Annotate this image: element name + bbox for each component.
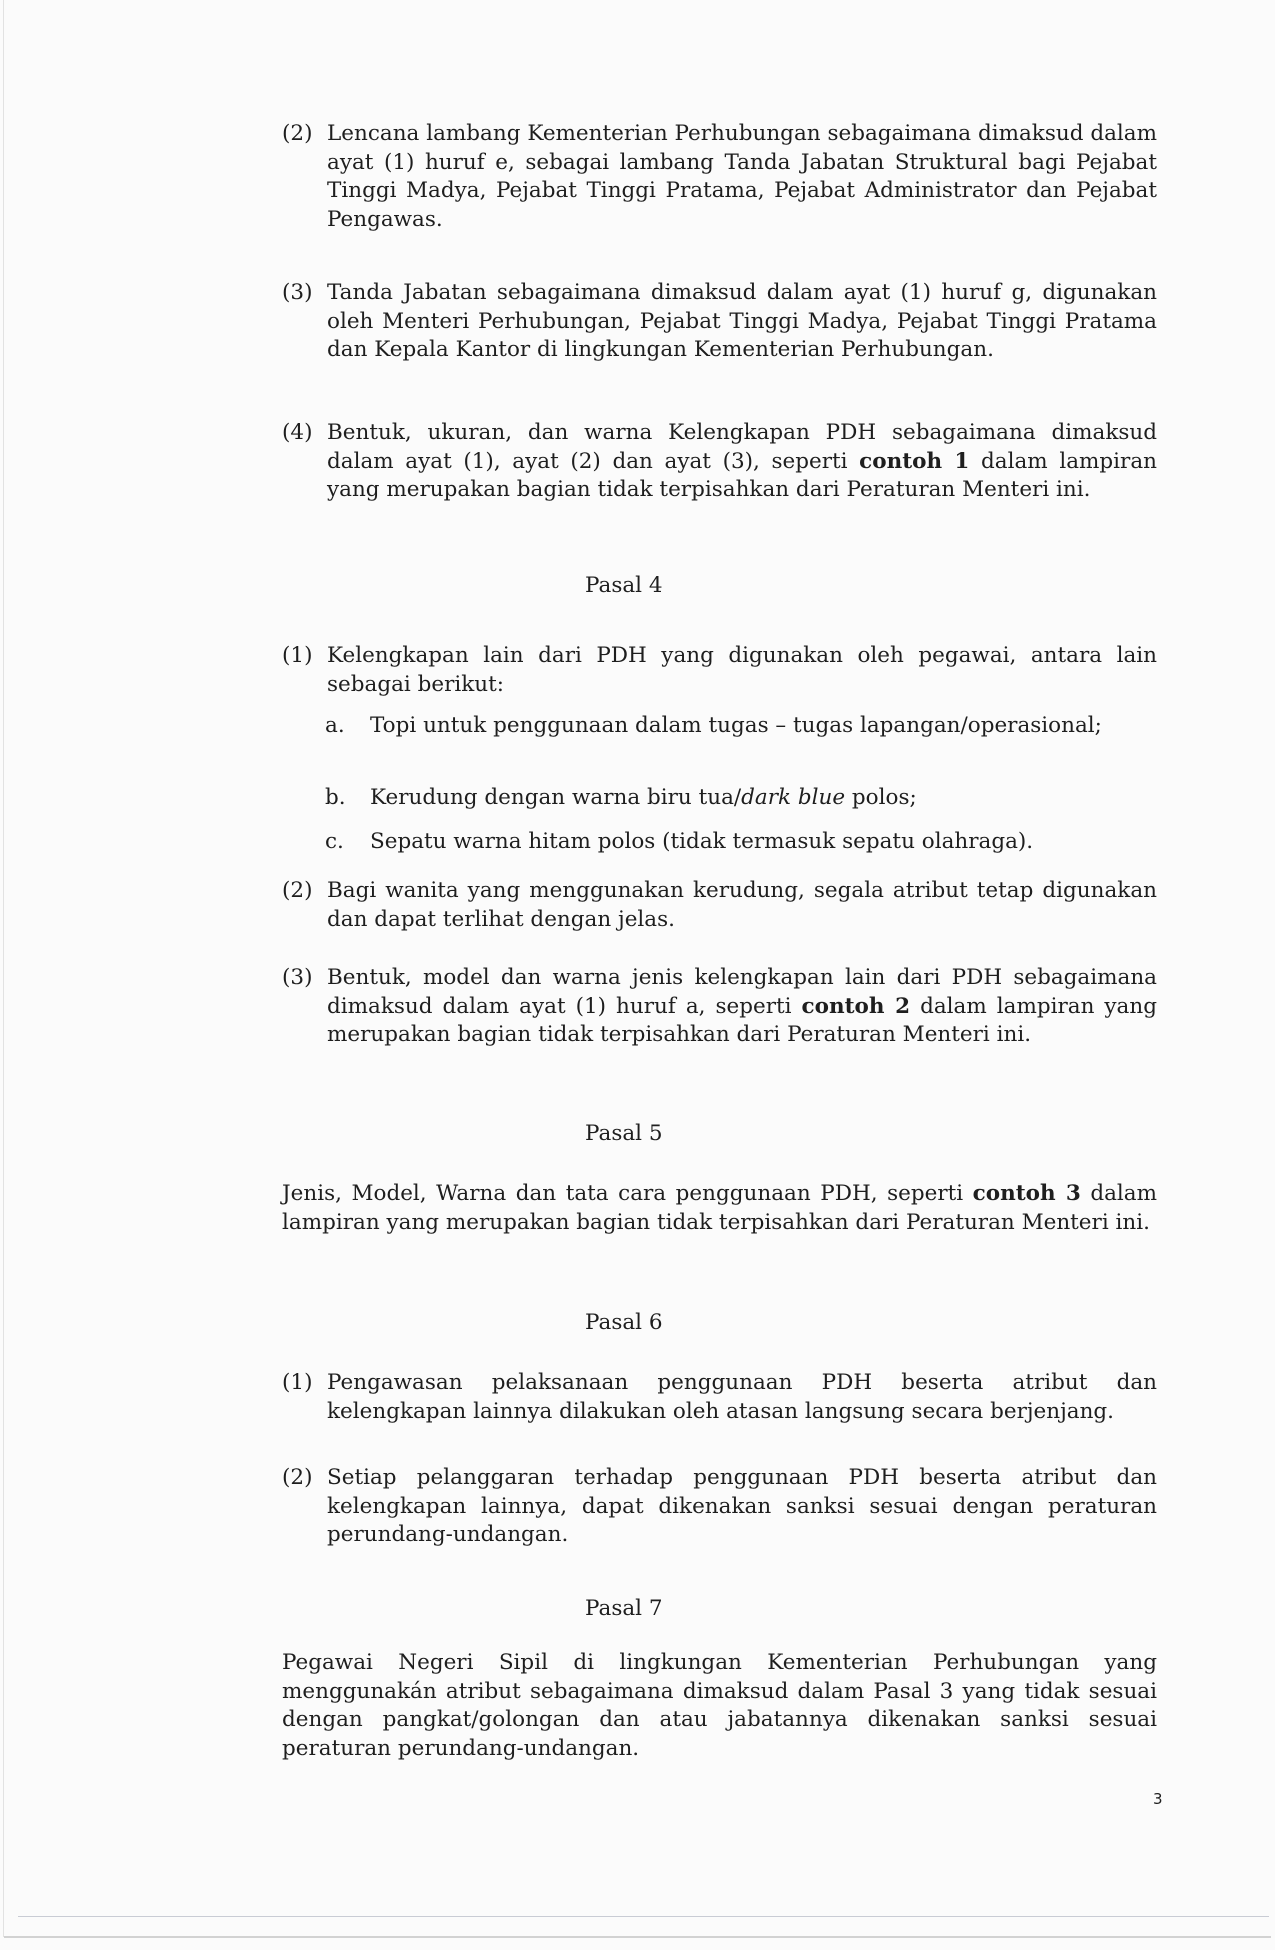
pasal3-ayat4-text: Bentuk, ukuran, dan warna Kelengkapan PD… bbox=[327, 419, 1157, 505]
ayat-number: (1) bbox=[282, 642, 312, 671]
item-letter: a. bbox=[325, 712, 345, 741]
pasal4-ayat2-text: Bagi wanita yang menggunakan kerudung, s… bbox=[327, 877, 1157, 934]
text-segment: Jenis, Model, Warna dan tata cara penggu… bbox=[282, 1181, 973, 1206]
contoh-reference: contoh 3 bbox=[973, 1181, 1081, 1206]
item-letter: b. bbox=[325, 784, 346, 813]
italic-term: dark blue bbox=[741, 785, 845, 810]
pasal4-ayat1-text: Kelengkapan lain dari PDH yang digunakan… bbox=[327, 642, 1157, 699]
page-number: 3 bbox=[1153, 1790, 1163, 1808]
text-segment: polos; bbox=[845, 785, 917, 810]
pasal-heading: Pasal 6 bbox=[585, 1309, 663, 1338]
pasal3-ayat2-text: Lencana lambang Kementerian Perhubungan … bbox=[327, 120, 1157, 234]
ayat-number: (1) bbox=[282, 1369, 312, 1398]
page-edge bbox=[3, 0, 4, 1937]
ayat-number: (4) bbox=[282, 419, 312, 448]
text-segment: Kerudung dengan warna biru tua/ bbox=[370, 785, 741, 810]
page-bottom-rule bbox=[18, 1916, 1269, 1917]
pasal6-ayat2-text: Setiap pelanggaran terhadap penggunaan P… bbox=[327, 1464, 1157, 1550]
pasal-heading: Pasal 7 bbox=[585, 1595, 663, 1624]
page-bottom-edge bbox=[4, 1936, 1271, 1938]
pasal5-text: Jenis, Model, Warna dan tata cara penggu… bbox=[282, 1180, 1157, 1237]
ayat-number: (2) bbox=[282, 877, 312, 906]
pasal4-ayat3-text: Bentuk, model dan warna jenis kelengkapa… bbox=[327, 964, 1157, 1050]
item-letter: c. bbox=[325, 828, 344, 857]
pasal4-item-a: Topi untuk penggunaan dalam tugas – tuga… bbox=[370, 712, 1157, 741]
document-page: (2) Lencana lambang Kementerian Perhubun… bbox=[0, 0, 1275, 1950]
pasal-heading: Pasal 5 bbox=[585, 1120, 663, 1149]
ayat-number: (2) bbox=[282, 120, 312, 149]
ayat-number: (3) bbox=[282, 964, 312, 993]
contoh-reference: contoh 1 bbox=[859, 449, 969, 474]
pasal-heading: Pasal 4 bbox=[585, 572, 663, 601]
pasal4-item-b: Kerudung dengan warna biru tua/dark blue… bbox=[370, 784, 1157, 813]
ayat-number: (2) bbox=[282, 1464, 312, 1493]
pasal4-item-c: Sepatu warna hitam polos (tidak termasuk… bbox=[370, 828, 1157, 857]
contoh-reference: contoh 2 bbox=[802, 994, 911, 1019]
ayat-number: (3) bbox=[282, 279, 312, 308]
pasal3-ayat3-text: Tanda Jabatan sebagaimana dimaksud dalam… bbox=[327, 279, 1157, 365]
pasal6-ayat1-text: Pengawasan pelaksanaan penggunaan PDH be… bbox=[327, 1369, 1157, 1426]
pasal7-text: Pegawai Negeri Sipil di lingkungan Kemen… bbox=[282, 1649, 1157, 1763]
